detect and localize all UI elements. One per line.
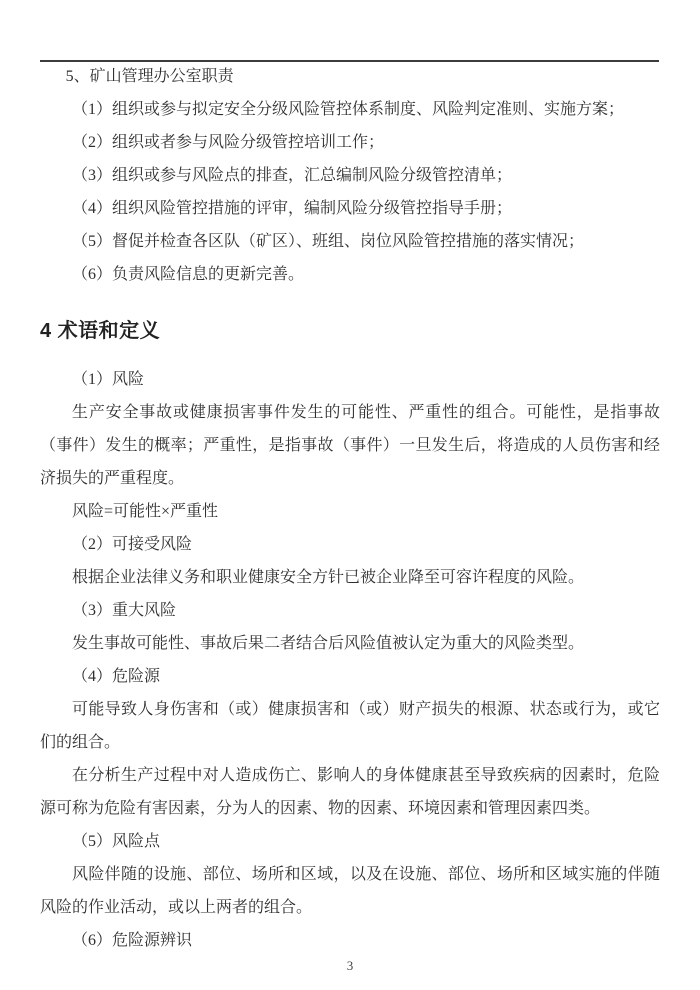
- term-definition: 根据企业法律义务和职业健康安全方针已被企业降至可容许程度的风险。: [40, 561, 660, 594]
- terms-section-heading: 4 术语和定义: [40, 313, 660, 349]
- term-formula: 风险=可能性×严重性: [40, 495, 660, 528]
- document-body: 5、矿山管理办公室职责 （1）组织或参与拟定安全分级风险管控体系制度、风险判定准…: [40, 60, 660, 957]
- responsibility-item: （3）组织或参与风险点的排查，汇总编制风险分级管控清单；: [40, 159, 660, 192]
- term-definition: 在分析生产过程中对人造成伤亡、影响人的身体健康甚至导致疾病的因素时，危险源可称为…: [40, 759, 660, 825]
- responsibility-item: （5）督促并检查各区队（矿区）、班组、岗位风险管控措施的落实情况；: [40, 225, 660, 258]
- term-label: （1）风险: [40, 363, 660, 396]
- responsibilities-title: 5、矿山管理办公室职责: [40, 60, 660, 93]
- term-label: （4）危险源: [40, 660, 660, 693]
- page-number: 3: [0, 958, 700, 974]
- term-label: （6）危险源辨识: [40, 924, 660, 957]
- term-label: （5）风险点: [40, 825, 660, 858]
- term-label: （3）重大风险: [40, 594, 660, 627]
- responsibility-item: （4）组织风险管控措施的评审，编制风险分级管控指导手册；: [40, 192, 660, 225]
- term-definition: 风险伴随的设施、部位、场所和区域，以及在设施、部位、场所和区域实施的伴随风险的作…: [40, 858, 660, 924]
- term-definition: 可能导致人身伤害和（或）健康损害和（或）财产损失的根源、状态或行为，或它们的组合…: [40, 693, 660, 759]
- responsibility-item: （6）负责风险信息的更新完善。: [40, 258, 660, 291]
- term-label: （2）可接受风险: [40, 528, 660, 561]
- term-definition: 发生事故可能性、事故后果二者结合后风险值被认定为重大的风险类型。: [40, 627, 660, 660]
- document-page: 5、矿山管理办公室职责 （1）组织或参与拟定安全分级风险管控体系制度、风险判定准…: [0, 0, 700, 990]
- responsibility-item: （2）组织或者参与风险分级管控培训工作；: [40, 126, 660, 159]
- term-definition: 生产安全事故或健康损害事件发生的可能性、严重性的组合。可能性，是指事故（事件）发…: [40, 396, 660, 495]
- responsibility-item: （1）组织或参与拟定安全分级风险管控体系制度、风险判定准则、实施方案；: [40, 93, 660, 126]
